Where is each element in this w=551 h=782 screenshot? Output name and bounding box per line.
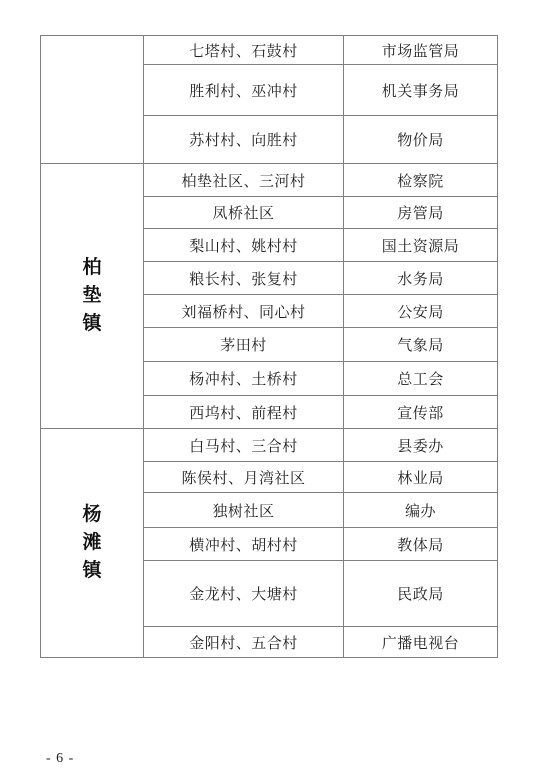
villages-cell: 苏村村、向胜村 <box>144 116 344 164</box>
table-row: 杨滩镇白马村、三合村县委办 <box>41 429 498 462</box>
villages-cell: 独树社区 <box>144 493 344 528</box>
department-cell: 房管局 <box>344 197 498 229</box>
department-cell: 检察院 <box>344 164 498 197</box>
villages-cell: 粮长村、张复村 <box>144 262 344 295</box>
table-row: 七塔村、石鼓村市场监管局 <box>41 36 498 65</box>
village-department-assignment-table: 七塔村、石鼓村市场监管局胜利村、巫冲村机关事务局苏村村、向胜村物价局柏垫镇柏垫社… <box>40 35 498 658</box>
department-cell: 宣传部 <box>344 396 498 429</box>
villages-cell: 胜利村、巫冲村 <box>144 65 344 116</box>
department-cell: 广播电视台 <box>344 627 498 658</box>
page-number: - 6 - <box>46 751 74 767</box>
department-cell: 民政局 <box>344 561 498 627</box>
villages-cell: 七塔村、石鼓村 <box>144 36 344 65</box>
villages-cell: 刘福桥村、同心村 <box>144 295 344 328</box>
department-cell: 机关事务局 <box>344 65 498 116</box>
villages-cell: 横冲村、胡村村 <box>144 528 344 561</box>
department-cell: 教体局 <box>344 528 498 561</box>
villages-cell: 白马村、三合村 <box>144 429 344 462</box>
town-cell <box>41 36 144 164</box>
department-cell: 县委办 <box>344 429 498 462</box>
villages-cell: 陈侯村、月湾社区 <box>144 462 344 493</box>
town-label: 杨滩镇 <box>82 501 103 585</box>
department-cell: 林业局 <box>344 462 498 493</box>
villages-cell: 柏垫社区、三河村 <box>144 164 344 197</box>
department-cell: 市场监管局 <box>344 36 498 65</box>
villages-cell: 金阳村、五合村 <box>144 627 344 658</box>
villages-cell: 杨冲村、土桥村 <box>144 362 344 396</box>
town-cell: 柏垫镇 <box>41 164 144 429</box>
town-cell: 杨滩镇 <box>41 429 144 658</box>
department-cell: 物价局 <box>344 116 498 164</box>
department-cell: 编办 <box>344 493 498 528</box>
villages-cell: 梨山村、姚村村 <box>144 229 344 262</box>
villages-cell: 西坞村、前程村 <box>144 396 344 429</box>
villages-cell: 茅田村 <box>144 328 344 362</box>
department-cell: 气象局 <box>344 328 498 362</box>
department-cell: 国土资源局 <box>344 229 498 262</box>
town-label: 柏垫镇 <box>82 254 103 338</box>
department-cell: 水务局 <box>344 262 498 295</box>
villages-cell: 凤桥社区 <box>144 197 344 229</box>
table-row: 柏垫镇柏垫社区、三河村检察院 <box>41 164 498 197</box>
department-cell: 总工会 <box>344 362 498 396</box>
department-cell: 公安局 <box>344 295 498 328</box>
villages-cell: 金龙村、大塘村 <box>144 561 344 627</box>
